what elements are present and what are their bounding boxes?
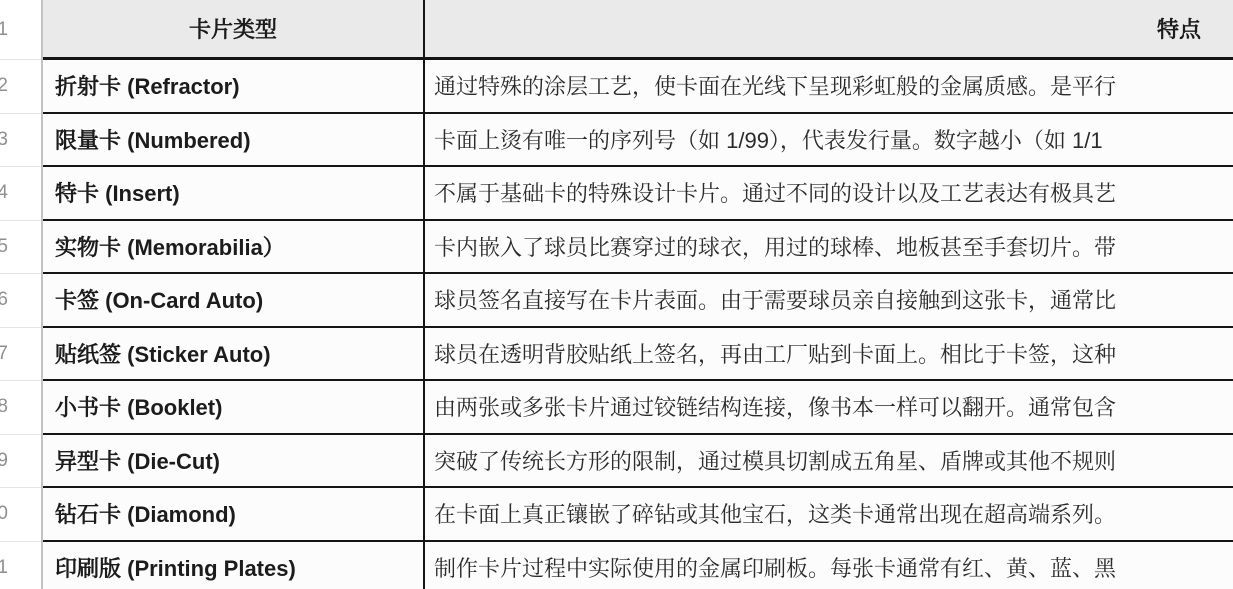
table-header-row: 卡片类型 特点 <box>43 0 1233 60</box>
gutter-row: 4 <box>0 167 41 221</box>
document-view: 1 2 3 4 5 6 7 8 9 10 11 卡片类型 特点 折射卡 (Ref… <box>0 0 1233 589</box>
line-number: 11 <box>0 557 8 579</box>
table-body: 折射卡 (Refractor) 通过特殊的涂层工艺，使卡面在光线下呈现彩虹般的金… <box>43 60 1233 589</box>
card-features-cell: 球员签名直接写在卡片表面。由于需要球员亲自接触到这张卡，通常比 <box>425 274 1233 326</box>
card-features-cell: 由两张或多张卡片通过铰链结构连接，像书本一样可以翻开。通常包含 <box>425 381 1233 433</box>
card-type-cell: 钻石卡 (Diamond) <box>43 488 425 540</box>
gutter-row: 6 <box>0 274 41 328</box>
card-type-cell: 印刷版 (Printing Plates) <box>43 542 425 589</box>
card-features-cell: 不属于基础卡的特殊设计卡片。通过不同的设计以及工艺表达有极具艺 <box>425 167 1233 219</box>
card-type-cell: 卡签 (On-Card Auto) <box>43 274 425 326</box>
card-type-cell: 特卡 (Insert) <box>43 167 425 219</box>
line-number: 10 <box>0 503 8 525</box>
line-number: 9 <box>0 450 8 472</box>
card-type-cell: 实物卡 (Memorabilia） <box>43 221 425 273</box>
gutter-row: 8 <box>0 381 41 435</box>
table-row: 折射卡 (Refractor) 通过特殊的涂层工艺，使卡面在光线下呈现彩虹般的金… <box>43 60 1233 114</box>
line-number: 6 <box>0 289 8 311</box>
table-row: 印刷版 (Printing Plates) 制作卡片过程中实际使用的金属印刷板。… <box>43 542 1233 589</box>
table-row: 异型卡 (Die-Cut) 突破了传统长方形的限制，通过模具切割成五角星、盾牌或… <box>43 435 1233 489</box>
table-row: 实物卡 (Memorabilia） 卡内嵌入了球员比赛穿过的球衣，用过的球棒、地… <box>43 221 1233 275</box>
card-type-cell: 限量卡 (Numbered) <box>43 114 425 166</box>
table-row: 特卡 (Insert) 不属于基础卡的特殊设计卡片。通过不同的设计以及工艺表达有… <box>43 167 1233 221</box>
table-row: 贴纸签 (Sticker Auto) 球员在透明背胶贴纸上签名，再由工厂贴到卡面… <box>43 328 1233 382</box>
table-row: 钻石卡 (Diamond) 在卡面上真正镶嵌了碎钻或其他宝石，这类卡通常出现在超… <box>43 488 1233 542</box>
line-number: 8 <box>0 396 8 418</box>
gutter-row: 11 <box>0 542 41 589</box>
card-features-cell: 卡内嵌入了球员比赛穿过的球衣，用过的球棒、地板甚至手套切片。带 <box>425 221 1233 273</box>
line-number: 2 <box>0 75 8 97</box>
line-number-gutter: 1 2 3 4 5 6 7 8 9 10 11 <box>0 0 41 589</box>
table-row: 小书卡 (Booklet) 由两张或多张卡片通过铰链结构连接，像书本一样可以翻开… <box>43 381 1233 435</box>
card-types-table: 卡片类型 特点 折射卡 (Refractor) 通过特殊的涂层工艺，使卡面在光线… <box>41 0 1233 589</box>
card-type-cell: 小书卡 (Booklet) <box>43 381 425 433</box>
line-number: 4 <box>0 182 8 204</box>
table-row: 限量卡 (Numbered) 卡面上烫有唯一的序列号（如 1/99），代表发行量… <box>43 114 1233 168</box>
gutter-row: 9 <box>0 435 41 489</box>
gutter-row: 10 <box>0 488 41 542</box>
gutter-row: 7 <box>0 328 41 382</box>
gutter-row: 3 <box>0 114 41 168</box>
card-type-cell: 折射卡 (Refractor) <box>43 60 425 112</box>
card-features-cell: 制作卡片过程中实际使用的金属印刷板。每张卡通常有红、黄、蓝、黑 <box>425 542 1233 589</box>
column-header-features: 特点 <box>425 0 1233 57</box>
card-type-cell: 异型卡 (Die-Cut) <box>43 435 425 487</box>
gutter-row: 5 <box>0 221 41 275</box>
column-header-card-type: 卡片类型 <box>43 0 425 57</box>
gutter-row: 1 <box>0 0 41 60</box>
line-number: 3 <box>0 129 8 151</box>
card-features-cell: 通过特殊的涂层工艺，使卡面在光线下呈现彩虹般的金属质感。是平行 <box>425 60 1233 112</box>
table-row: 卡签 (On-Card Auto) 球员签名直接写在卡片表面。由于需要球员亲自接… <box>43 274 1233 328</box>
card-type-cell: 贴纸签 (Sticker Auto) <box>43 328 425 380</box>
line-number: 1 <box>0 19 8 41</box>
card-features-cell: 球员在透明背胶贴纸上签名，再由工厂贴到卡面上。相比于卡签，这种 <box>425 328 1233 380</box>
card-features-cell: 卡面上烫有唯一的序列号（如 1/99），代表发行量。数字越小（如 1/1 <box>425 114 1233 166</box>
line-number: 5 <box>0 236 8 258</box>
card-features-cell: 在卡面上真正镶嵌了碎钻或其他宝石，这类卡通常出现在超高端系列。 <box>425 488 1233 540</box>
gutter-row: 2 <box>0 60 41 114</box>
card-features-cell: 突破了传统长方形的限制，通过模具切割成五角星、盾牌或其他不规则 <box>425 435 1233 487</box>
line-number: 7 <box>0 343 8 365</box>
